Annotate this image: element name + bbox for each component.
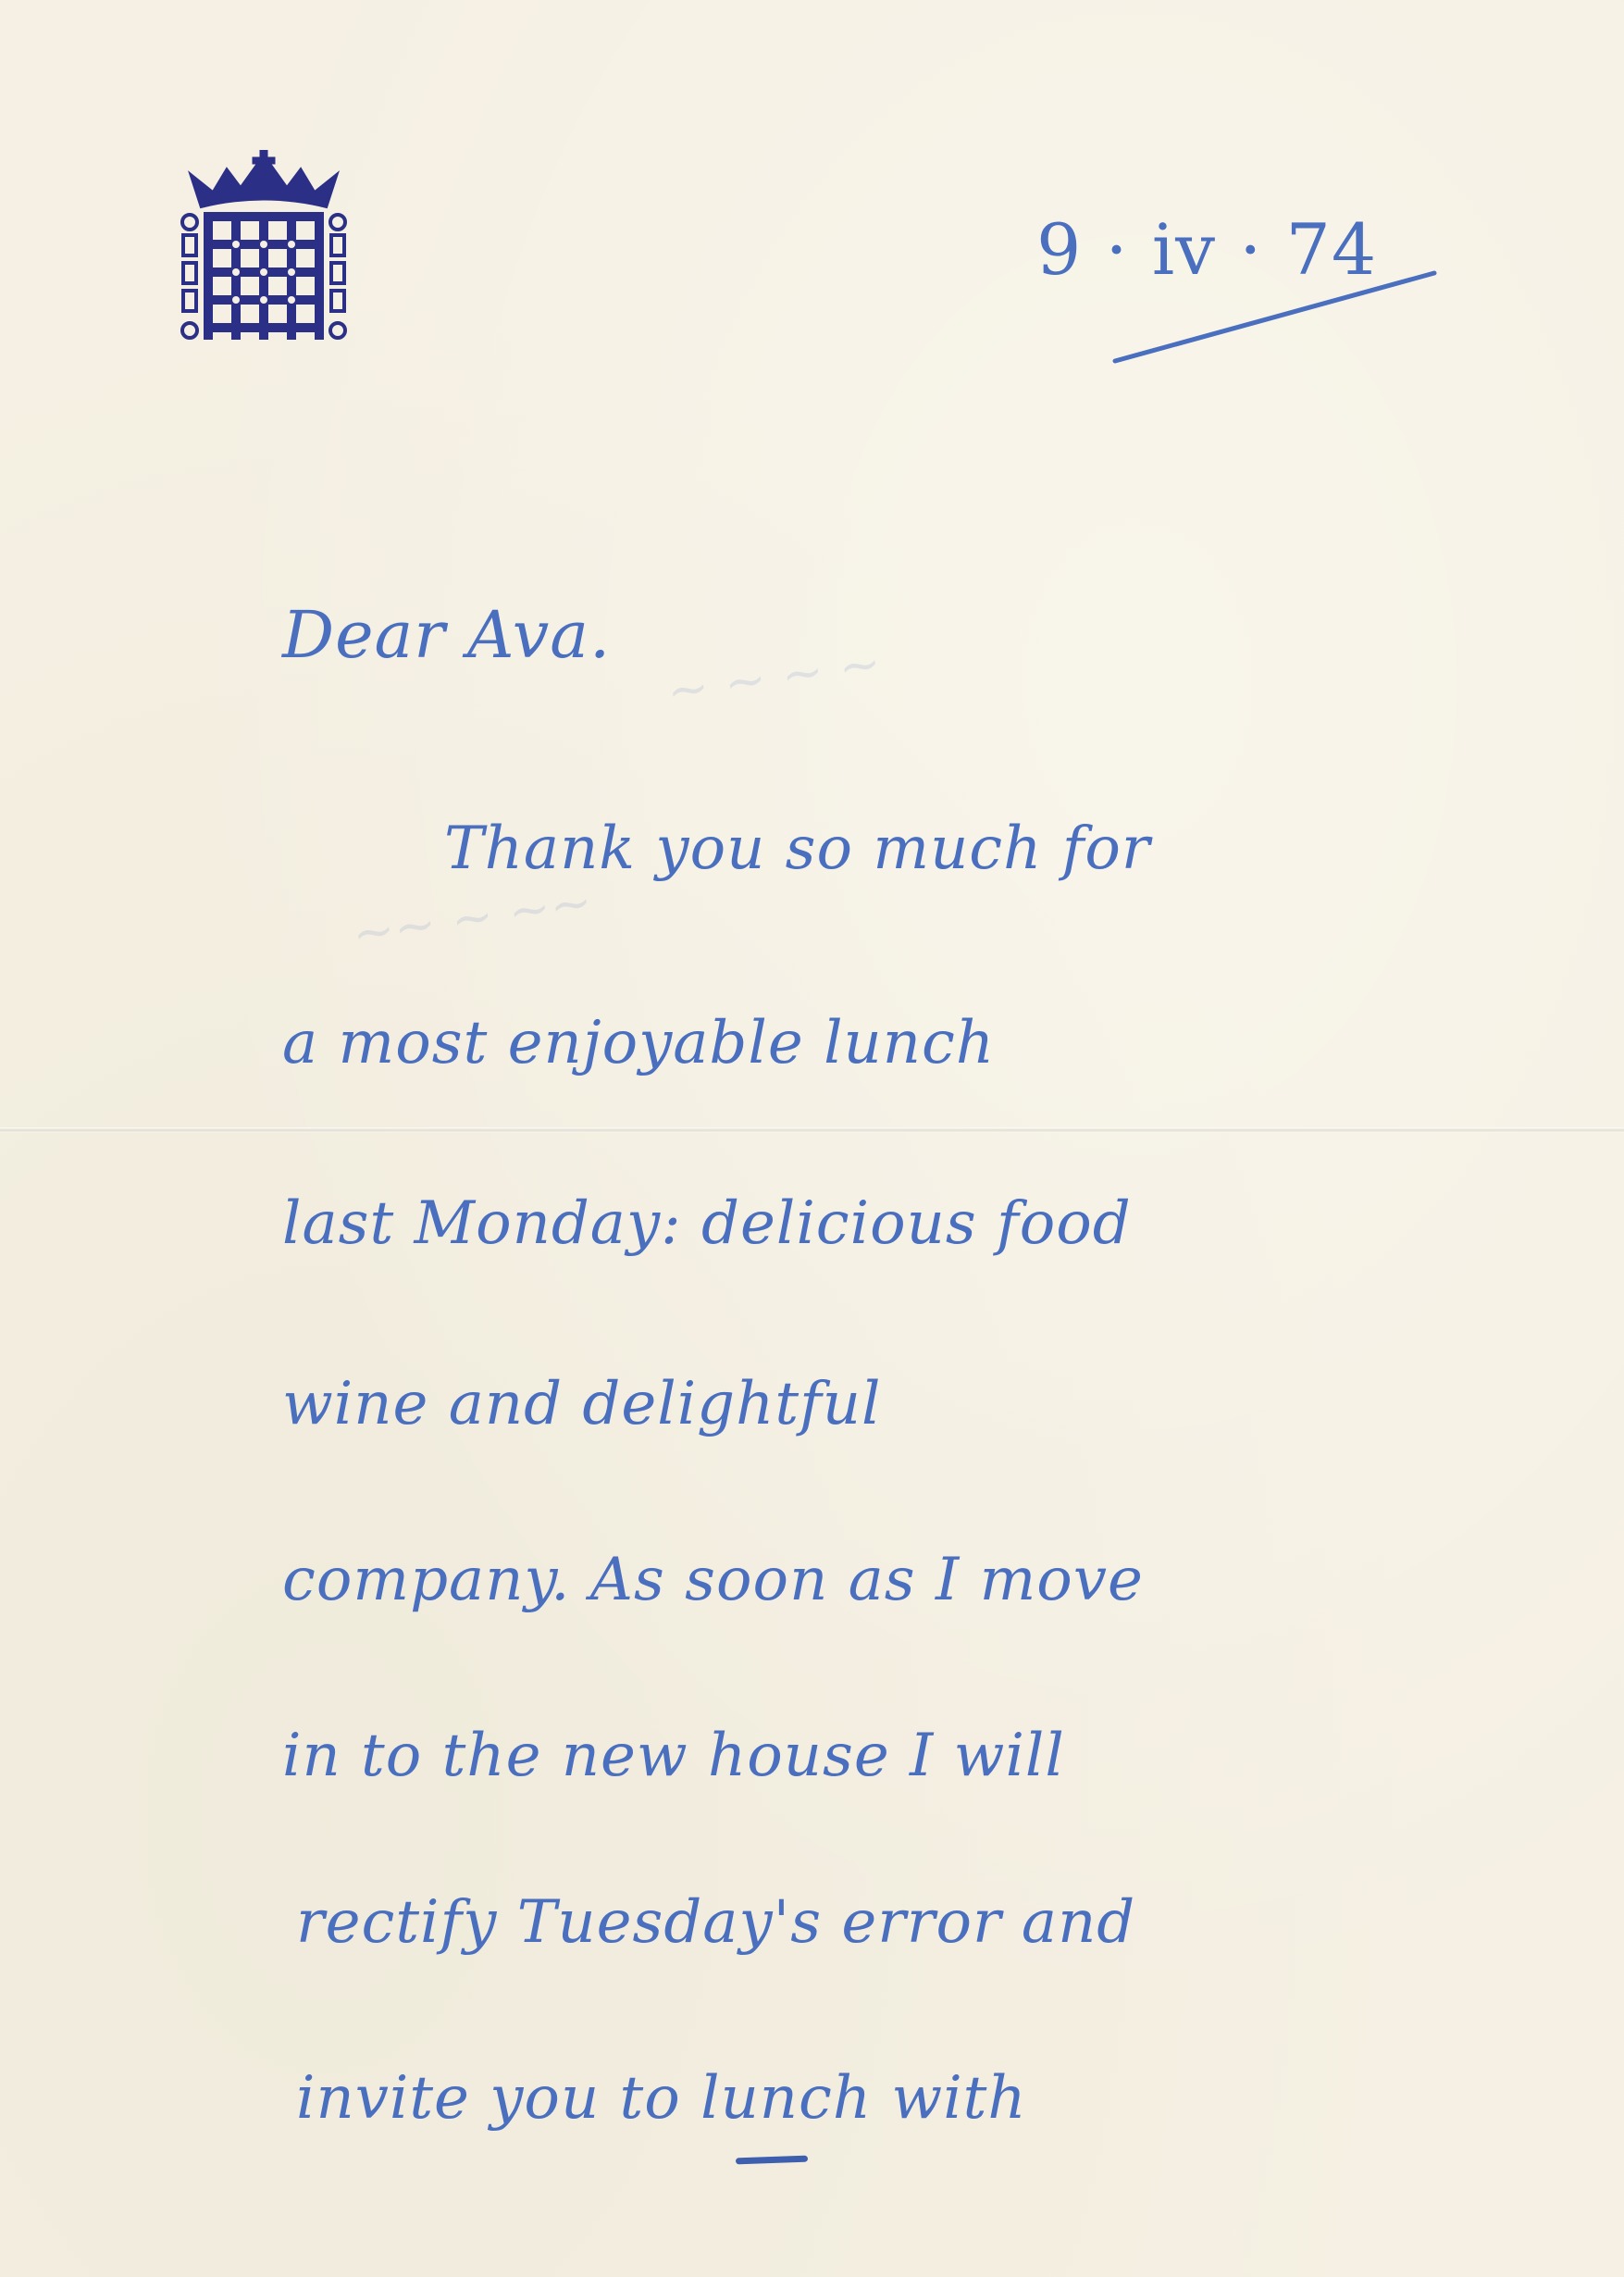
letter-line: a most enjoyable lunch bbox=[282, 1009, 995, 1077]
letter-line: Thank you so much for bbox=[444, 815, 1151, 883]
letter-line: invite you to lunch with bbox=[296, 2064, 1027, 2133]
paper-fold-crease bbox=[0, 1127, 1624, 1133]
letter-line: rectify Tuesday's error and bbox=[296, 1888, 1135, 1957]
letter-line: wine and delightful bbox=[282, 1370, 881, 1438]
portcullis-crown-icon bbox=[171, 150, 356, 349]
letter-line: in to the new house I will bbox=[282, 1722, 1065, 1790]
letter-line: company. As soon as I move bbox=[282, 1546, 1144, 1614]
salutation: Dear Ava. bbox=[282, 597, 611, 673]
date-underline-stroke bbox=[1110, 268, 1444, 370]
letter-line: last Monday: delicious food bbox=[282, 1189, 1132, 1258]
